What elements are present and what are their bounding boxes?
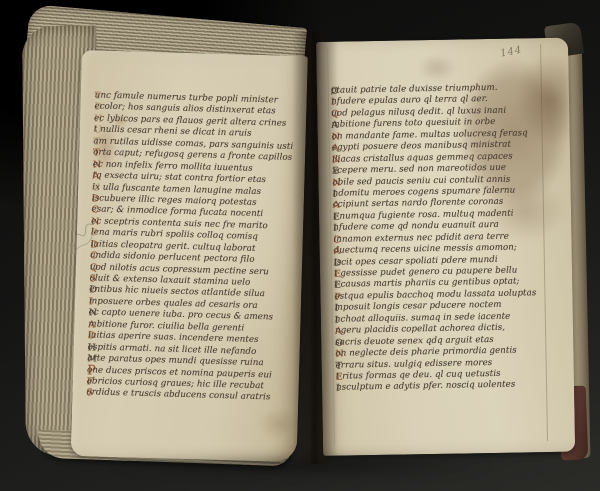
left-page-text: Tunc famule numerus turbe popli minister…	[86, 90, 301, 404]
book-drop-shadow	[40, 456, 560, 480]
manuscript-photo: Tunc famule numerus turbe popli minister…	[0, 0, 600, 491]
right-page: 144 Optauit patrie tale duxisse triumphu…	[316, 38, 575, 456]
right-page-text: Optauit patrie tale duxisse triumphum.In…	[331, 82, 562, 395]
left-page: Tunc famule numerus turbe popli minister…	[71, 50, 308, 462]
